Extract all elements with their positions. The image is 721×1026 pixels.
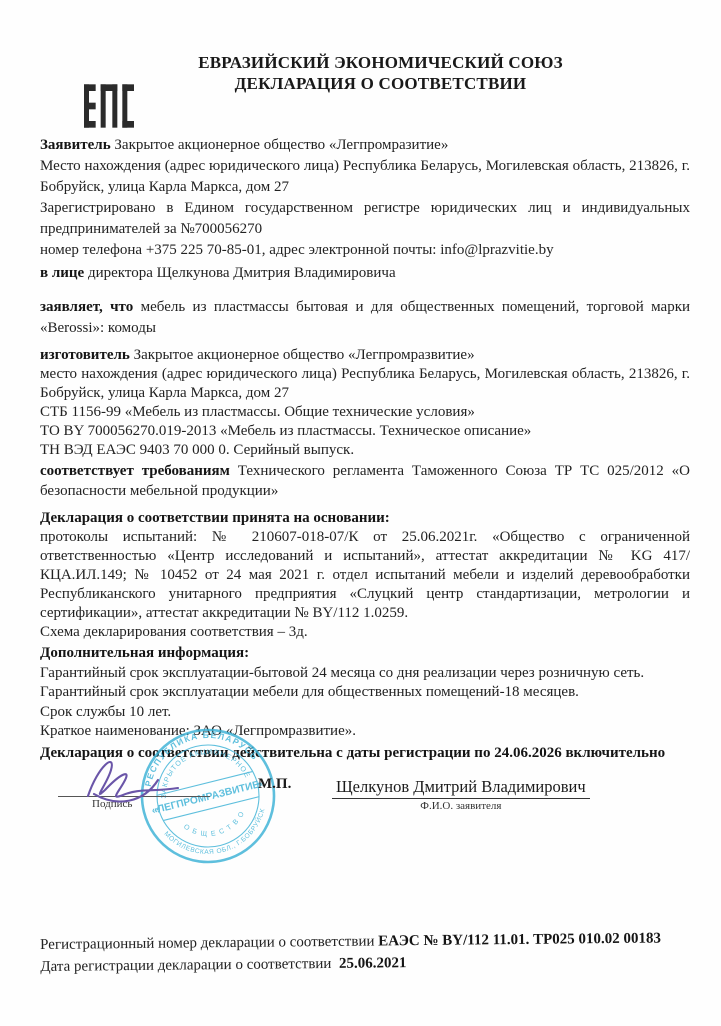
manufacturer-std3: ТН ВЭД ЕАЭС 9403 70 000 0. Серийный выпу… [40,441,690,460]
title-line-2: ДЕКЛАРАЦИЯ О СООТВЕТСТВИИ [40,73,721,94]
representative-section: в лице директора Щелкунова Дмитрия Влади… [40,263,690,284]
handwritten-signature [78,750,198,812]
compliance-section: соответствует требованиям Технического р… [40,461,690,501]
compliance-line: соответствует требованиям Технического р… [40,461,690,501]
document-title: ЕВРАЗИЙСКИЙ ЭКОНОМИЧЕСКИЙ СОЮЗ ДЕКЛАРАЦИ… [40,52,721,94]
declarant-name-field: Щелкунов Дмитрий Владимирович Ф.И.О. зая… [332,777,590,812]
additional-line: Краткое наименование: ЗАО «Легпромразвит… [40,722,690,742]
declaration-document: ЕВРАЗИЙСКИЙ ЭКОНОМИЧЕСКИЙ СОЮЗ ДЕКЛАРАЦИ… [0,0,721,1026]
additional-line: Гарантийный срок эксплуатации-бытовой 24… [40,664,690,684]
declarant-name-label: Ф.И.О. заявителя [332,800,590,812]
applicant-section: Заявитель Закрытое акционерное общество … [40,135,690,261]
applicant-name-line: Заявитель Закрытое акционерное общество … [40,135,690,156]
manufacturer-name: Закрытое акционерное общество «Легпромра… [134,347,475,363]
applicant-lead: Заявитель [40,137,111,153]
declares-lead: заявляет, что [40,299,133,315]
additional-heading: Дополнительная информация: [40,644,690,664]
declares-line: заявляет, что мебель из пластмассы бытов… [40,297,690,339]
basis-scheme: Схема декларирования соответствия – 3д. [40,623,690,642]
manufacturer-lead: изготовитель [40,347,130,363]
additional-line: Гарантийный срок эксплуатации мебели для… [40,683,690,703]
declarant-name: Щелкунов Дмитрий Владимирович [332,777,590,799]
registration-date-value: 25.06.2021 [339,955,407,972]
representative-text: директора Щелкунова Дмитрия Владимирович… [88,265,396,281]
registration-date-label: Дата регистрации декларации о соответств… [40,956,335,975]
declares-text: мебель из пластмассы бытовая и для общес… [40,299,690,336]
manufacturer-std2: ТО BY 700056270.019-2013 «Мебель из плас… [40,422,690,441]
applicant-address: Место нахождения (адрес юридического лиц… [40,156,690,198]
registration-footer: Регистрационный номер декларации о соотв… [40,927,690,978]
manufacturer-section: изготовитель Закрытое акционерное общест… [40,346,690,460]
additional-info-section: Дополнительная информация: Гарантийный с… [40,644,690,742]
manufacturer-name-line: изготовитель Закрытое акционерное общест… [40,346,690,365]
applicant-registration: Зарегистрировано в Едином государственно… [40,198,690,240]
seal-place-label: М.П. [258,776,291,793]
basis-section: Декларация о соответствии принята на осн… [40,509,690,642]
applicant-name: Закрытое акционерное общество «Легпромра… [114,137,448,153]
applicant-contacts: номер телефона +375 225 70-85-01, адрес … [40,240,690,261]
representative-lead: в лице [40,265,84,281]
representative-line: в лице директора Щелкунова Дмитрия Влади… [40,263,690,284]
basis-heading: Декларация о соответствии принята на осн… [40,509,690,528]
registration-number-value: ЕАЭС № BY/112 11.01. ТР025 010.02 00183 [378,930,661,949]
title-line-1: ЕВРАЗИЙСКИЙ ЭКОНОМИЧЕСКИЙ СОЮЗ [40,52,721,73]
compliance-lead: соответствует требованиям [40,463,230,479]
manufacturer-address: место нахождения (адрес юридического лиц… [40,365,690,403]
registration-number-label: Регистрационный номер декларации о соотв… [40,933,378,953]
manufacturer-std1: СТБ 1156-99 «Мебель из пластмассы. Общие… [40,403,690,422]
basis-text: протоколы испытаний: № 210607-018-07/К о… [40,528,690,623]
additional-line: Срок службы 10 лет. [40,703,690,723]
declaration-object-section: заявляет, что мебель из пластмассы бытов… [40,297,690,339]
